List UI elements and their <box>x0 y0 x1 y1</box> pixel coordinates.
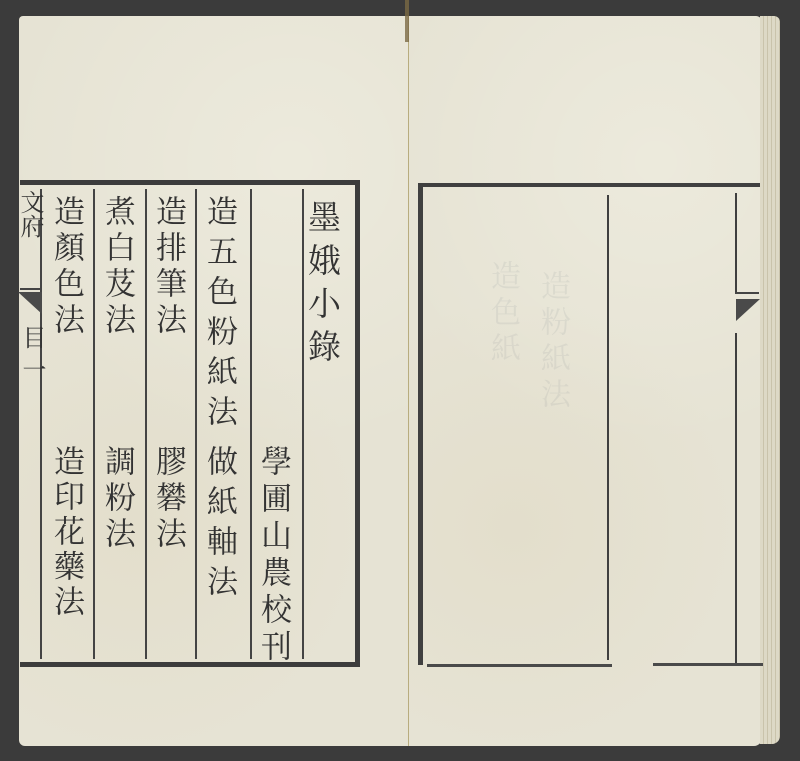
frame-bottom-rule <box>427 664 612 667</box>
column-rule <box>40 189 42 659</box>
margin-section: 目 <box>20 325 44 353</box>
entry-top-2: 造排筆法 <box>152 195 183 339</box>
entry-top-3: 煮白芨法 <box>101 195 132 339</box>
margin-rule <box>735 333 737 663</box>
binding-stitch <box>405 0 409 42</box>
right-printed-frame <box>418 183 760 665</box>
page-edges <box>760 16 780 744</box>
column-rule <box>250 189 252 659</box>
margin-rule <box>735 292 759 294</box>
margin-folio: 一 <box>20 357 44 385</box>
margin-rule <box>735 193 737 293</box>
colophon: 學圃山農校刊 <box>257 445 288 667</box>
entry-top-1: 造五色粉紙法 <box>203 195 234 435</box>
entry-bottom-2: 膠礬法 <box>152 445 183 553</box>
column-rule <box>145 189 147 659</box>
entry-top-4: 造顏色法 <box>50 195 81 339</box>
show-through-text: 造色紙 <box>480 260 524 368</box>
show-through-text: 造粉紙法 <box>530 270 574 414</box>
gutter-fold <box>408 16 409 746</box>
margin-rule <box>20 288 42 290</box>
column-rule <box>607 195 609 660</box>
entry-bottom-4: 造印花藥法 <box>50 445 81 620</box>
margin-title: 文府 <box>18 190 42 238</box>
frame-bottom-rule <box>653 663 763 666</box>
column-rule <box>93 189 95 659</box>
book-title: 墨娥小錄 <box>306 200 339 372</box>
entry-bottom-3: 調粉法 <box>101 445 132 553</box>
entry-bottom-1: 做紙軸法 <box>203 445 234 605</box>
column-rule <box>195 189 197 659</box>
